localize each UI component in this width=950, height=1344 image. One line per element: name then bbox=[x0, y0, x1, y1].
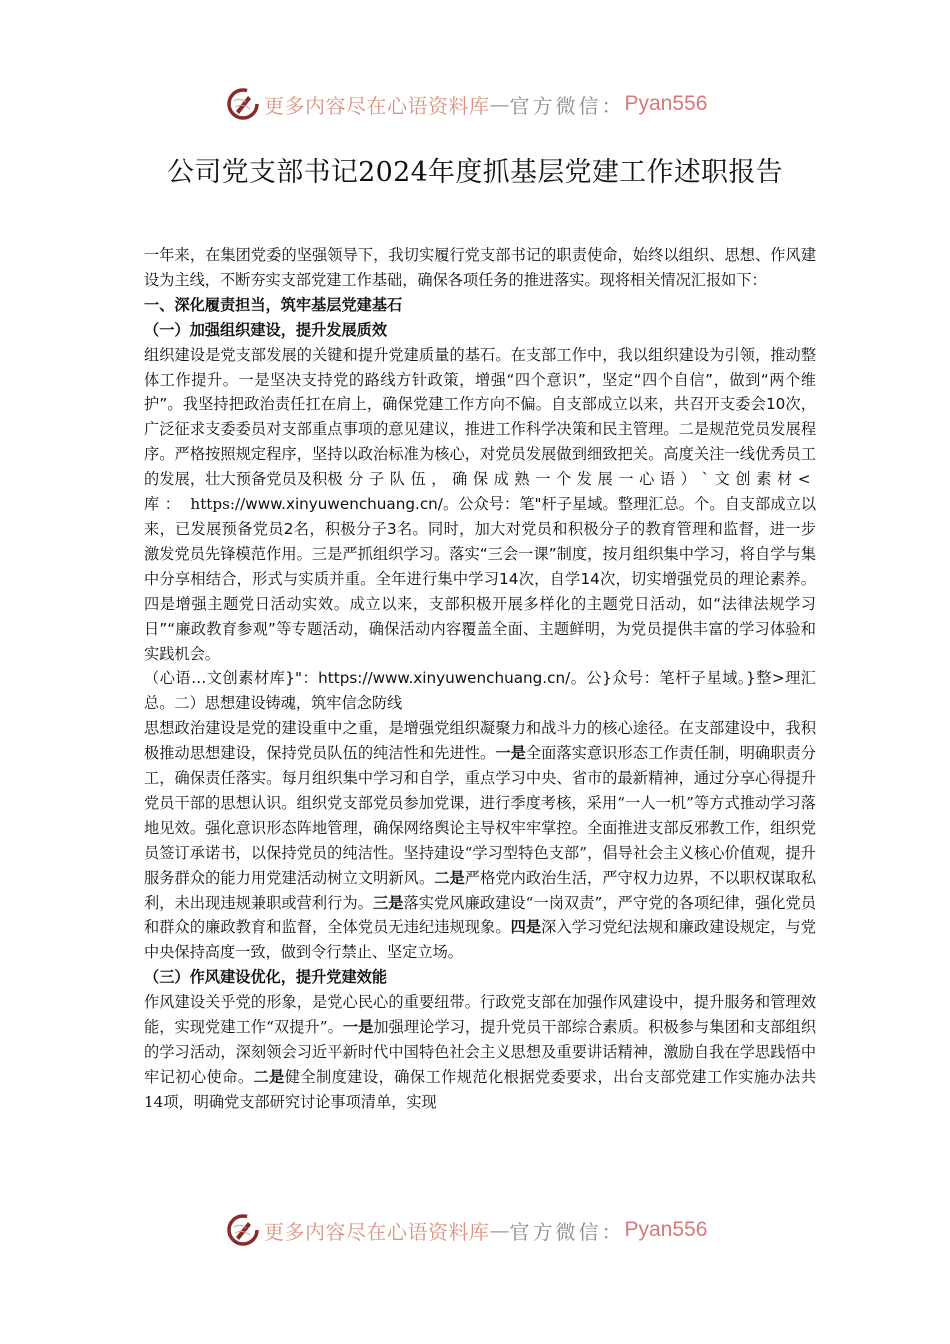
intro-paragraph: 一年来，在集团党委的坚强领导下，我切实履行党支部书记的职责使命，始终以组织、思想… bbox=[144, 243, 816, 293]
subsection-1-text-a: 组织建设是党支部发展的关键和提升党建质量的基石。在支部工作中，我以组织建设为引领… bbox=[144, 346, 816, 489]
watermark-banner-top: 更多内容尽在心语资料库 — 官方微信： Pyan556 bbox=[226, 84, 726, 124]
watermark-site-text: 更多内容尽在心语资料库 bbox=[264, 90, 490, 119]
watermark-wechat-label: 官方微信： bbox=[510, 1216, 625, 1245]
watermark-dash: — bbox=[490, 92, 510, 116]
watermark-site-text: 更多内容尽在心语资料库 bbox=[264, 1216, 490, 1245]
watermark-wechat-id: Pyan556 bbox=[625, 1218, 708, 1242]
watermark-dash: — bbox=[490, 1218, 510, 1242]
subsection-2-heading-line: （心语…文创素材库}"：https://www.xinyuwenchuang.c… bbox=[144, 666, 816, 716]
keyword-first: 一是 bbox=[495, 744, 526, 762]
subsection-1-text-b: www.xinyuwenchuang.cn/。公众号：笔"杆子星域。整理汇总。个… bbox=[144, 495, 816, 662]
watermark-wechat-label: 官方微信： bbox=[510, 90, 625, 119]
watermark-wechat-id: Pyan556 bbox=[625, 92, 708, 116]
quill-pen-logo-icon bbox=[226, 1213, 260, 1247]
keyword-second: 二是 bbox=[434, 869, 465, 887]
keyword-fourth: 四是 bbox=[511, 918, 542, 936]
subsection-1-url-fragment: https:// bbox=[190, 495, 245, 513]
subsection-3-paragraph: 作风建设关乎党的形象，是党心民心的重要纽带。行政党支部在加强作风建设中，提升服务… bbox=[144, 990, 816, 1115]
quill-pen-logo-icon bbox=[226, 87, 260, 121]
subsection-2-paragraph: 思想政治建设是党的建设重中之重，是增强党组织凝聚力和战斗力的核心途径。在支部建设… bbox=[144, 716, 816, 965]
subsection-2-text-2: 全面落实意识形态工作责任制，明确职责分工，确保责任落实。每月组织集中学习和自学，… bbox=[144, 744, 816, 887]
subsection-1-paragraph: 组织建设是党支部发展的关键和提升党建质量的基石。在支部工作中，我以组织建设为引领… bbox=[144, 343, 816, 667]
keyword-third: 三是 bbox=[373, 894, 404, 912]
subsection-3-heading: （三）作风建设优化，提升党建效能 bbox=[144, 965, 816, 990]
keyword-first: 一是 bbox=[343, 1018, 374, 1036]
subsection-1-heading: （一）加强组织建设，提升发展质效 bbox=[144, 318, 816, 343]
watermark-banner-bottom: 更多内容尽在心语资料库 — 官方微信： Pyan556 bbox=[226, 1210, 726, 1250]
section-1-heading: 一、深化履责担当，筑牢基层党建基石 bbox=[144, 293, 816, 318]
document-title: 公司党支部书记2024年度抓基层党建工作述职报告 bbox=[0, 150, 950, 189]
keyword-second: 二是 bbox=[253, 1068, 284, 1086]
document-body: 一年来，在集团党委的坚强领导下，我切实履行党支部书记的职责使命，始终以组织、思想… bbox=[144, 243, 816, 1115]
